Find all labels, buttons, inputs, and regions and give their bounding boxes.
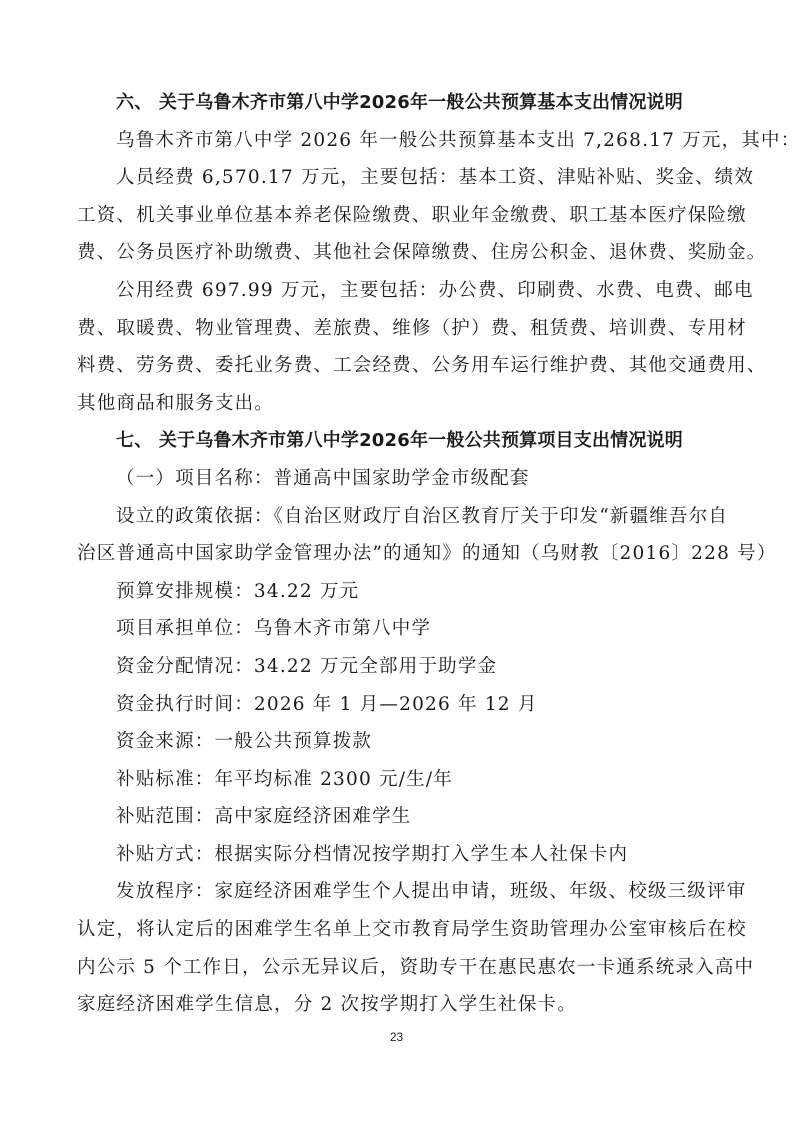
distribution-procedure-line-cont: 认定，将认定后的困难学生名单上交市教育局学生资助管理办公室审核后在校 xyxy=(77,911,719,949)
section-6-heading: 六、 关于乌鲁木齐市第八中学2026年一般公共预算基本支出情况说明 xyxy=(77,84,719,122)
paragraph-line: 其他商品和服务支出。 xyxy=(77,385,719,423)
fund-source-line: 资金来源：一般公共预算拨款 xyxy=(77,723,719,761)
paragraph-line: 费、取暖费、物业管理费、差旅费、维修（护）费、租赁费、培训费、专用材 xyxy=(77,310,719,348)
distribution-procedure-line: 发放程序：家庭经济困难学生个人提出申请，班级、年级、校级三级评审 xyxy=(77,873,719,911)
paragraph-line: 费、公务员医疗补助缴费、其他社会保障缴费、住房公积金、退休费、奖励金。 xyxy=(77,234,719,272)
section-7-heading: 七、 关于乌鲁木齐市第八中学2026年一般公共预算项目支出情况说明 xyxy=(77,422,719,460)
paragraph-line: 工资、机关事业单位基本养老保险缴费、职业年金缴费、职工基本医疗保险缴 xyxy=(77,197,719,235)
distribution-procedure-line-cont: 家庭经济困难学生信息，分 2 次按学期打入学生社保卡。 xyxy=(77,986,719,1024)
execution-period-line: 资金执行时间：2026 年 1 月—2026 年 12 月 xyxy=(77,686,719,724)
policy-basis-line: 设立的政策依据：《自治区财政厅自治区教育厅关于印发“新疆维吾尔自 xyxy=(77,498,719,536)
policy-basis-line-cont: 治区普通高中国家助学金管理办法”的通知》的通知（乌财教〔2016〕228 号） xyxy=(77,535,719,573)
subsidy-standard-line: 补贴标准：年平均标准 2300 元/生/年 xyxy=(77,761,719,799)
subsidy-method-line: 补贴方式：根据实际分档情况按学期打入学生本人社保卡内 xyxy=(77,836,719,874)
paragraph-line: 人员经费 6,570.17 万元，主要包括：基本工资、津贴补贴、奖金、绩效 xyxy=(77,159,719,197)
paragraph-line: 乌鲁木齐市第八中学 2026 年一般公共预算基本支出 7,268.17 万元，其… xyxy=(77,122,719,160)
distribution-procedure-line-cont: 内公示 5 个工作日，公示无异议后，资助专干在惠民惠农一卡通系统录入高中 xyxy=(77,949,719,987)
project-name-line: （一）项目名称：普通高中国家助学金市级配套 xyxy=(77,460,719,498)
paragraph-line: 公用经费 697.99 万元，主要包括：办公费、印刷费、水费、电费、邮电 xyxy=(77,272,719,310)
page-number: 23 xyxy=(0,1030,793,1044)
subsidy-scope-line: 补贴范围：高中家庭经济困难学生 xyxy=(77,798,719,836)
document-page: 六、 关于乌鲁木齐市第八中学2026年一般公共预算基本支出情况说明 乌鲁木齐市第… xyxy=(77,84,719,1024)
fund-allocation-line: 资金分配情况：34.22 万元全部用于助学金 xyxy=(77,648,719,686)
paragraph-line: 料费、劳务费、委托业务费、工会经费、公务用车运行维护费、其他交通费用、 xyxy=(77,347,719,385)
responsible-unit-line: 项目承担单位：乌鲁木齐市第八中学 xyxy=(77,610,719,648)
budget-scale-line: 预算安排规模：34.22 万元 xyxy=(77,573,719,611)
